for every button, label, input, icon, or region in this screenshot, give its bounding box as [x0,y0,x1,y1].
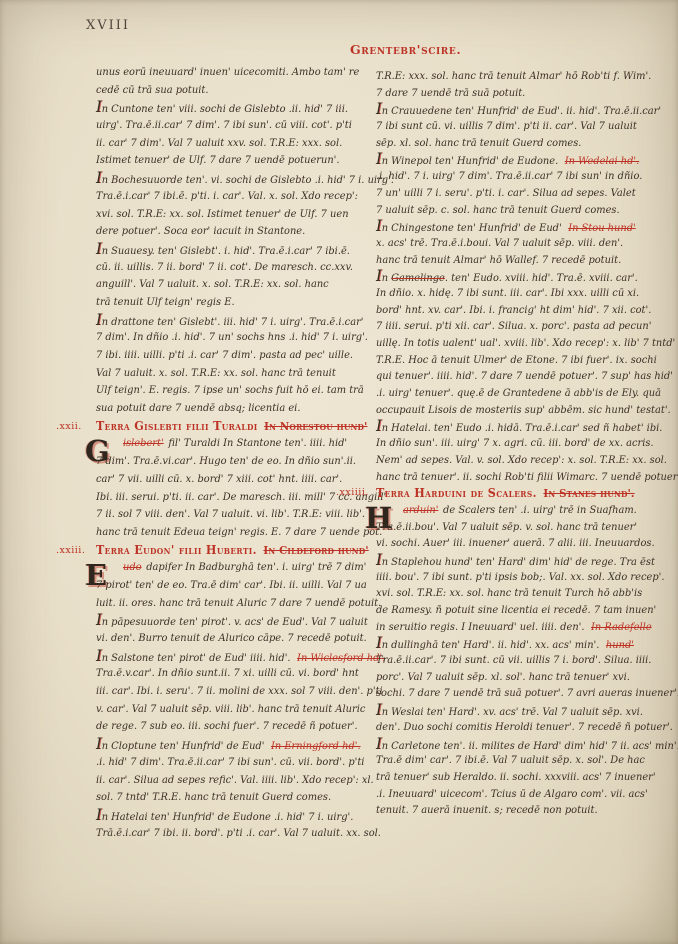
manuscript-line: In dñio. x. hidę. 7 ibi sunt. iii. car'.… [376,285,652,302]
manuscript-line: Val 7 ualuit. x. sol. T.R.E: xx. sol. ha… [96,365,364,383]
manuscript-line: bord' hnt. xv. car'. Ibi. i. francig' ht… [376,302,652,319]
paragraph-initial: I [376,701,382,719]
paragraph-initial: I [96,311,102,329]
manuscript-line: cū. ii. uillis. 7 ii. bord' 7 ii. cot'. … [96,259,364,277]
manuscript-line: 7 dim'. In dñio .i. hid'. 7 un' sochs hn… [96,329,364,347]
line-text: dere potuer'. Soca eor' iacuit in Stanto… [96,223,305,241]
line-text: uillę. In totis ualent' ual'. xviii. lib… [376,335,675,352]
line-text: unus eorū ineuuard' inuen' uicecomiti. A… [96,64,359,82]
manuscript-line: 7 pirot' ten' de eo. Tra.ē dim' car'. Ib… [96,577,364,595]
right-column: T.R.E: xxx. sol. hanc trā tenuit Almar' … [376,68,652,819]
manuscript-line: qui tenuer'. iiii. hid'. 7 dare 7 uendē … [376,368,652,385]
line-text: Terra Harduini de Scalers.In Stanes hund… [376,485,635,503]
line-text: den'. Duo sochi comitis Heroldi tenuer'.… [376,719,673,736]
manuscript-line: In Hatelai. ten' Eudo .i. hidā. Tra.ē.i.… [376,418,652,435]
line-text: .i. Ineuuard' uicecom'. Tcius ū de Algar… [376,786,648,803]
line-text: sochi. 7 dare 7 uendē trā suā potuer'. 7… [376,685,678,702]
line-text: Istimet tenuer' de Ulf. 7 dare 7 uendē p… [96,152,340,170]
line-text: de rege. 7 sub eo. iii. sochi fuer'. 7 r… [96,718,358,736]
manuscript-line: car' 7 vii. uilli cū. x. bord' 7 xiii. c… [96,471,364,489]
line-text: Tra.ē.v.car'. In dñio sunt.ii. 7 xi. uil… [96,665,359,683]
line-text: porc'. Val 7 ualuit sēp. xl. sol'. hanc … [376,669,630,686]
manuscript-line: In Carletone ten'. ii. milites de Hard' … [376,736,652,753]
paragraph-initial: I [376,150,382,168]
manuscript-line: .i. uirg' tenuer'. quę.ē de Grantedene ā… [376,385,652,402]
manuscript-page: XVIII Grentebr'scire. unus eorū ineuuard… [0,0,678,944]
manuscript-line: iiii. bou'. 7 ibi sunt. p'ti ipsis bob;.… [376,569,652,586]
manuscript-line: xvi. sol. T.R.E: xx. sol. Istimet tenuer… [96,206,364,224]
line-text: 7 ibi. iiii. uilli. p'ti .i. car' 7 dim'… [96,347,353,365]
struck-hundred-rubric: hund' [606,639,634,651]
struck-hundred-rubric: In Erningford hd'. [271,740,361,752]
manuscript-line: porc'. Val 7 ualuit sēp. xl. sol'. hanc … [376,669,652,686]
manuscript-line: Harduin'de Scalers ten' .i. uirg' trē in… [376,502,652,519]
manuscript-line: T.R.E: xxx. sol. hanc trā tenuit Almar' … [376,68,652,85]
line-text: Ulf teign'. E. regis. 7 ipse un' sochs f… [96,382,364,400]
line-text: hanc trā tenuit Edeua teign' regis. E. 7… [96,524,382,542]
paragraph-initial: I [96,647,102,665]
manuscript-line: Gislebert'fil' Turaldi In Stantone ten'.… [96,435,364,453]
manuscript-line: trā tenuer' sub Heraldo. ii. sochi. xxxv… [376,769,652,786]
line-text: uirg'. Tra.ē.ii.car' 7 dim'. 7 ibi sun'.… [96,117,352,135]
manuscript-line: unus eorū ineuuard' inuen' uicecomiti. A… [96,64,364,82]
manuscript-line: uillę. In totis ualent' ual'. xviii. lib… [376,335,652,352]
line-text: xvi. sol. T.R.E: xx. sol. Istimet tenuer… [96,206,349,224]
struck-hundred-rubric: In Wiclesford hd'. [297,652,385,664]
paragraph-initial: I [376,100,382,118]
chapter-number: .xxii. [56,418,82,436]
manuscript-line: trā tenuit Ulf teign' regis E. [96,294,364,312]
manuscript-line: In Cuntone ten' viii. sochi de Gislebto … [96,99,364,117]
line-text: tenuit. 7 auerā inuenit. s; recedē non p… [376,802,598,819]
manuscript-line: iii. car'. Ibi. i. seru'. 7 ii. molini d… [96,683,364,701]
paragraph-initial: I [96,806,102,824]
line-text: bord' hnt. xv. car'. Ibi. i. francig' ht… [376,302,651,319]
line-text: In dñio sun'. iii. uirg' 7 x. agri. cū. … [376,435,654,452]
line-text: 7 pirot' ten' de eo. Tra.ē dim' car'. Ib… [96,577,367,595]
struck-hundred-rubric: In Stanes hund'. [543,487,634,500]
manuscript-line: 7 ualuit sēp. c. sol. hanc trā tenuit Gu… [376,202,652,219]
manuscript-line: hanc trā tenuit Edeua teign' regis. E. 7… [96,524,364,542]
line-text: x. acs' trē. Tra.ē.i.boui. Val 7 ualuit … [376,235,623,252]
struck-rubric-word: islebert' [123,437,164,449]
shire-header: Grentebr'scire. [350,42,460,57]
folio-number: XVIII [86,18,130,33]
line-text: anguill'. Val 7 ualuit. x. sol. T.R.E: x… [96,276,329,294]
manuscript-line: luit. ii. ores. hanc trā tenuit Aluric 7… [96,595,364,613]
line-text: sua potuit dare 7 uendē absq; licentia e… [96,400,300,418]
struck-place-name: Gamelinge [391,272,445,284]
manuscript-line: Tra.ē.v.car'. In dñio sunt.ii. 7 xi. uil… [96,665,364,683]
manuscript-line: 7 ii. sol 7 viii. den'. Val 7 ualuit. vi… [96,506,364,524]
line-text: occupauit Lisois de mosteriis sup' abbēm… [376,402,671,419]
manuscript-line: de Ramesy. ñ potuit sine licentia ei rec… [376,602,652,619]
manuscript-line: Eudodapifer In Badburghā ten'. i. uirg' … [96,559,364,577]
manuscript-line: 7 un' uilli 7 i. seru'. p'ti. i. car'. S… [376,185,652,202]
line-text: Terra Eudon' filii Huberti.In Cildeford … [96,542,369,560]
manuscript-line: Tra.ē dim' car'. 7 ibi.ē. Val 7 ualuit s… [376,752,652,769]
manuscript-line: In Winepol ten' Hunfrid' de Eudone.In We… [376,151,652,168]
manuscript-line: sēp. xl. sol. hanc trā tenuit Guerd come… [376,135,652,152]
manuscript-line: Ulf teign'. E. regis. 7 ipse un' sochs f… [96,382,364,400]
manuscript-line: hanc trā tenuit Almar' hō Wallef. 7 rece… [376,252,652,269]
line-text: hanc trā tenuit Almar' hō Wallef. 7 rece… [376,252,621,269]
manuscript-line: Nem' ad sepes. Val. v. sol. Xdo recep': … [376,452,652,469]
manuscript-line: sochi. 7 dare 7 uendē trā suā potuer'. 7… [376,685,652,702]
manuscript-line: T.R.E. Hoc ā tenuit Ulmer' de Etone. 7 i… [376,352,652,369]
line-text: ii. car'. Silua ad sepes refic'. Val. ii… [96,772,374,790]
line-text: ii. car' 7 dim'. Val 7 ualuit xxv. sol. … [96,135,342,153]
manuscript-line: Istimet tenuer' de Ulf. 7 dare 7 uendē p… [96,152,364,170]
line-text: sēp. xl. sol. hanc trā tenuit Guerd come… [376,135,581,152]
paragraph-initial: I [376,217,382,235]
paragraph-initial: I [376,551,382,569]
manuscript-line: In Suauesy. ten' Gislebt'. i. hid'. Tra.… [96,241,364,259]
manuscript-line: 7 dare 7 uendē trā suā potuit. [376,85,652,102]
line-text: In dñio. x. hidę. 7 ibi sunt. iii. car'.… [376,285,639,302]
line-text: sol. 7 tntd' T.R.E. hanc trā tenuit Guer… [96,789,331,807]
line-text: cū. ii. uillis. 7 ii. bord' 7 ii. cot'. … [96,259,353,277]
line-text: trā tenuer' sub Heraldo. ii. sochi. xxxv… [376,769,656,786]
manuscript-line: Tra.ē.i.car' 7 ibi.ē. p'ti. i. car'. Val… [96,188,364,206]
paragraph-initial: I [96,169,102,187]
paragraph-initial: I [376,735,382,753]
struck-hundred-rubric: In Norestou hund' [264,420,367,433]
line-text: 7 dim'. Tra.ē.vi.car'. Hugo ten' de eo. … [96,453,356,471]
line-text: iiii. bou'. 7 ibi sunt. p'ti ipsis bob;.… [376,569,664,586]
line-text: in seruitio regis. I Ineuuard' uel. iiii… [376,619,652,636]
line-text: car' 7 vii. uilli cū. x. bord' 7 xiii. c… [96,471,342,489]
manuscript-line: Ibi. iii. serui. p'ti. ii. car'. De mare… [96,489,364,507]
left-column: unus eorū ineuuard' inuen' uicecomiti. A… [96,64,364,842]
line-text: 7 ibi sunt cū. vi. uillis 7 dim'. p'ti i… [376,118,637,135]
rubric-heading-line: .xxiiii.Terra Harduini de Scalers.In Sta… [376,485,652,502]
line-text: .i. uirg' tenuer'. quę.ē de Grantedene ā… [376,385,661,402]
struck-rubric-word: udo [123,561,142,573]
manuscript-line: den'. Duo sochi comitis Heroldi tenuer'.… [376,719,652,736]
chapter-number: .xxiiii. [336,485,369,502]
paragraph-initial: I [376,417,382,435]
manuscript-line: In Cloptune ten' Hunfrid' de Eud'In Erni… [96,736,364,754]
manuscript-line: In Bochesuuorde ten'. vi. sochi de Gisle… [96,170,364,188]
paragraph-initial: I [96,98,102,116]
manuscript-line: v. car'. Val 7 ualuit sēp. viii. lib'. h… [96,701,364,719]
line-text: qui tenuer'. iiii. hid'. 7 dare 7 uendē … [376,368,673,385]
manuscript-line: In Staplehou hund' ten' Hard' dim' hid' … [376,552,652,569]
line-text: Nem' ad sepes. Val. v. sol. Xdo recep': … [376,452,667,469]
manuscript-line: 7 iiii. serui. p'ti xii. car'. Silua. x.… [376,318,652,335]
manuscript-line: In drattone ten' Gislebt'. iii. hid' 7 i… [96,312,364,330]
paragraph-initial: I [376,267,382,285]
line-text: Tra.ē.ii.bou'. Val 7 ualuit sēp. v. sol.… [376,519,637,536]
manuscript-line: in seruitio regis. I Ineuuard' uel. iiii… [376,619,652,636]
manuscript-line: x. acs' trē. Tra.ē.i.boui. Val 7 ualuit … [376,235,652,252]
paragraph-initial: I [96,240,102,258]
manuscript-line: occupauit Lisois de mosteriis sup' abbēm… [376,402,652,419]
line-text: trā tenuit Ulf teign' regis E. [96,294,235,312]
manuscript-line: .i. hid'. 7 i. uirg' 7 dim'. Tra.ē.ii.ca… [376,168,652,185]
line-text: T.R.E. Hoc ā tenuit Ulmer' de Etone. 7 i… [376,352,657,369]
struck-hundred-rubric: In Radefelle [591,621,652,633]
manuscript-line: Trā.ē.i.car' 7 ibi. ii. bord'. p'ti .i. … [96,825,364,843]
paragraph-initial: I [96,735,102,753]
manuscript-line: In dñio sun'. iii. uirg' 7 x. agri. cū. … [376,435,652,452]
manuscript-line: In Chingestone ten' Hunfrid' de Eud'In S… [376,218,652,235]
manuscript-line: In Weslai ten' Hard'. xv. acs' trē. Val … [376,702,652,719]
line-text: Tra.ē.i.car' 7 ibi.ē. p'ti. i. car'. Val… [96,188,358,206]
manuscript-line: tenuit. 7 auerā inuenit. s; recedē non p… [376,802,652,819]
line-text: iii. car'. Ibi. i. seru'. 7 ii. molini d… [96,683,383,701]
line-text: .i. hid'. 7 i. uirg' 7 dim'. Tra.ē.ii.ca… [376,168,642,185]
manuscript-line: In pāpesuuorde ten' pirot'. v. acs' de E… [96,612,364,630]
line-text: de Ramesy. ñ potuit sine licentia ei rec… [376,602,656,619]
manuscript-line: In dullinghā ten' Hard'. ii. hid'. xx. a… [376,635,652,652]
line-text: Terra Gislebti filii TuraldiIn Norestou … [96,418,368,436]
manuscript-line: In Crauuedene ten' Hunfrid' de Eud'. ii.… [376,101,652,118]
manuscript-line: ii. car'. Silua ad sepes refic'. Val. ii… [96,772,364,790]
manuscript-line: vi. sochi. Auer' iii. inuener' auerā. 7 … [376,535,652,552]
line-text: Trā.ē.i.car' 7 ibi. ii. bord'. p'ti .i. … [96,825,381,843]
manuscript-line: 7 ibi sunt cū. vi. uillis 7 dim'. p'ti i… [376,118,652,135]
line-text: 7 ualuit sēp. c. sol. hanc trā tenuit Gu… [376,202,620,219]
manuscript-line: anguill'. Val 7 ualuit. x. sol. T.R.E: x… [96,276,364,294]
struck-hundred-rubric: In Wedelai hd'. [565,155,639,167]
manuscript-line: uirg'. Tra.ē.ii.car' 7 dim'. 7 ibi sun'.… [96,117,364,135]
paragraph-initial: I [376,634,382,652]
line-text: 7 iiii. serui. p'ti xii. car'. Silua. x.… [376,318,651,335]
manuscript-line: Tra.ē.ii.bou'. Val 7 ualuit sēp. v. sol.… [376,519,652,536]
line-text: vi. sochi. Auer' iii. inuener' auerā. 7 … [376,535,655,552]
manuscript-line: sol. 7 tntd' T.R.E. hanc trā tenuit Guer… [96,789,364,807]
rubric-heading-line: .xxiii.Terra Eudon' filii Huberti.In Cil… [96,542,364,560]
manuscript-line: sua potuit dare 7 uendē absq; licentia e… [96,400,364,418]
manuscript-line: 7 ibi. iiii. uilli. p'ti .i. car' 7 dim'… [96,347,364,365]
manuscript-line: .i. Ineuuard' uicecom'. Tcius ū de Algar… [376,786,652,803]
manuscript-line: hanc trā tenuer'. ii. sochi Rob'ti filii… [376,469,652,486]
manuscript-line: 7 dim'. Tra.ē.vi.car'. Hugo ten' de eo. … [96,453,364,471]
paragraph-initial: I [96,611,102,629]
manuscript-line: In Hatelai ten' Hunfrid' de Eudone .i. h… [96,807,364,825]
line-text: 7 dare 7 uendē trā suā potuit. [376,85,525,102]
manuscript-line: Tra.ē.ii.car'. 7 ibi sunt. cū vii. uilli… [376,652,652,669]
line-text: v. car'. Val 7 ualuit sēp. viii. lib'. h… [96,701,365,719]
manuscript-line: ii. car' 7 dim'. Val 7 ualuit xxv. sol. … [96,135,364,153]
struck-rubric-word: arduin' [403,504,438,516]
line-text: vi. den'. Burro tenuit de Alurico cāpe. … [96,630,367,648]
manuscript-line: de rege. 7 sub eo. iii. sochi fuer'. 7 r… [96,718,364,736]
manuscript-line: dere potuer'. Soca eor' iacuit in Stanto… [96,223,364,241]
manuscript-line: cedē cū trā sua potuit. [96,82,364,100]
line-text: Tra.ē dim' car'. 7 ibi.ē. Val 7 ualuit s… [376,752,645,769]
line-text: hanc trā tenuer'. ii. sochi Rob'ti filii… [376,469,678,486]
line-text: Tra.ē.ii.car'. 7 ibi sunt. cū vii. uilli… [376,652,651,669]
line-text: 7 dim'. In dñio .i. hid'. 7 un' sochs hn… [96,329,368,347]
manuscript-line: vi. den'. Burro tenuit de Alurico cāpe. … [96,630,364,648]
chapter-number: .xxiii. [56,542,85,560]
line-text: T.R.E: xxx. sol. hanc trā tenuit Almar' … [376,68,651,85]
line-text: Val 7 ualuit. x. sol. T.R.E: xx. sol. ha… [96,365,336,383]
line-text: xvi. sol. T.R.E: xx. sol. hanc trā tenui… [376,585,642,602]
line-text: .i. hid' 7 dim'. Tra.ē.ii.car' 7 ibi sun… [96,754,364,772]
rubric-heading-line: .xxii.Terra Gislebti filii TuraldiIn Nor… [96,418,364,436]
struck-hundred-rubric: In Stou hund' [568,222,636,234]
line-text: 7 ii. sol 7 viii. den'. Val 7 ualuit. vi… [96,506,365,524]
line-text: islebert'fil' Turaldi In Stantone ten'. … [96,435,347,453]
manuscript-line: .i. hid' 7 dim'. Tra.ē.ii.car' 7 ibi sun… [96,754,364,772]
line-text: luit. ii. ores. hanc trā tenuit Aluric 7… [96,595,381,613]
manuscript-line: xvi. sol. T.R.E: xx. sol. hanc trā tenui… [376,585,652,602]
line-text: cedē cū trā sua potuit. [96,82,208,100]
line-text: arduin'de Scalers ten' .i. uirg' trē in … [376,502,637,519]
line-text: udodapifer In Badburghā ten'. i. uirg' t… [96,559,366,577]
struck-hundred-rubric: In Cildeford hund' [263,544,368,557]
manuscript-line: In Salstone ten' pirot' de Eud' iiii. hi… [96,648,364,666]
line-text: 7 un' uilli 7 i. seru'. p'ti. i. car'. S… [376,185,636,202]
manuscript-line: In Gamelinge. ten' Eudo. xviii. hid'. Tr… [376,268,652,285]
